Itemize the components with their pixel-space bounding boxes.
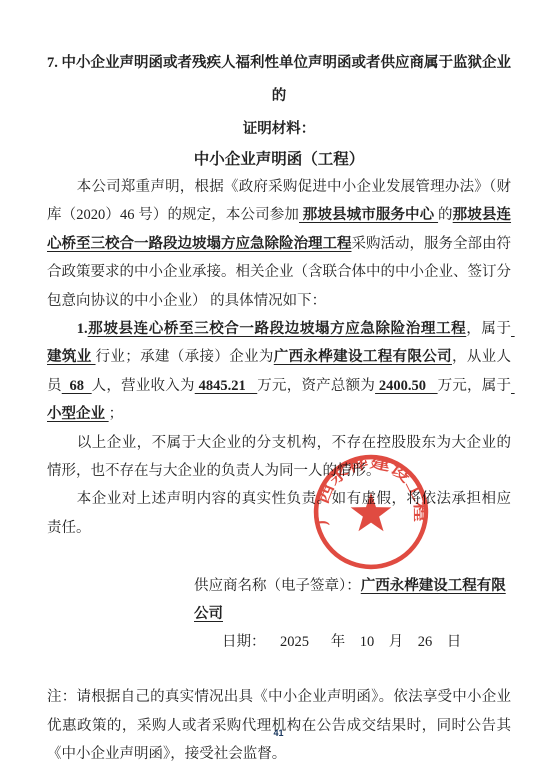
page-number: 41 [0, 728, 557, 738]
paragraph-no-affiliation: 以上企业，不属于大企业的分支机构，不存在控股股东为大企业的情形，也不存在与大企业… [47, 429, 511, 486]
date-line: 日期： 2025 年 10 月 26 日 [47, 628, 511, 656]
doc-title: 中小企业声明函（工程） [47, 146, 511, 173]
section-heading: 7. 中小企业声明函或者残疾人福利性单位声明函或者供应商属于监狱企业的 证明材料… [47, 47, 511, 146]
paragraph-item1: 1.那坡县连心桥至三校合一路段边坡塌方应急除险治理工程，属于 建筑业 行业；承建… [47, 315, 511, 429]
signature-block: 供应商名称（电子签章）：广西永桦建设工程有限公司 日期： 2025 年 10 月… [47, 572, 511, 656]
section-heading-line1: 7. 中小企业声明函或者残疾人福利性单位声明函或者供应商属于监狱企业的 [47, 47, 511, 113]
note-paragraph: 注：请根据自己的真实情况出具《中小企业声明函》。依法享受中小企业优惠政策的，采购… [47, 683, 511, 768]
paragraph-declaration: 本公司郑重声明，根据《政府采购促进中小企业发展管理办法》（财库（2020）46 … [47, 173, 511, 315]
document-page: 7. 中小企业声明函或者残疾人福利性单位声明函或者供应商属于监狱企业的 证明材料… [0, 0, 557, 783]
section-heading-line2: 证明材料： [47, 113, 511, 146]
supplier-name-line: 供应商名称（电子签章）：广西永桦建设工程有限公司 [47, 572, 511, 628]
paragraph-responsibility: 本企业对上述声明内容的真实性负责。如有虚假，将依法承担相应责任。 [47, 485, 511, 542]
